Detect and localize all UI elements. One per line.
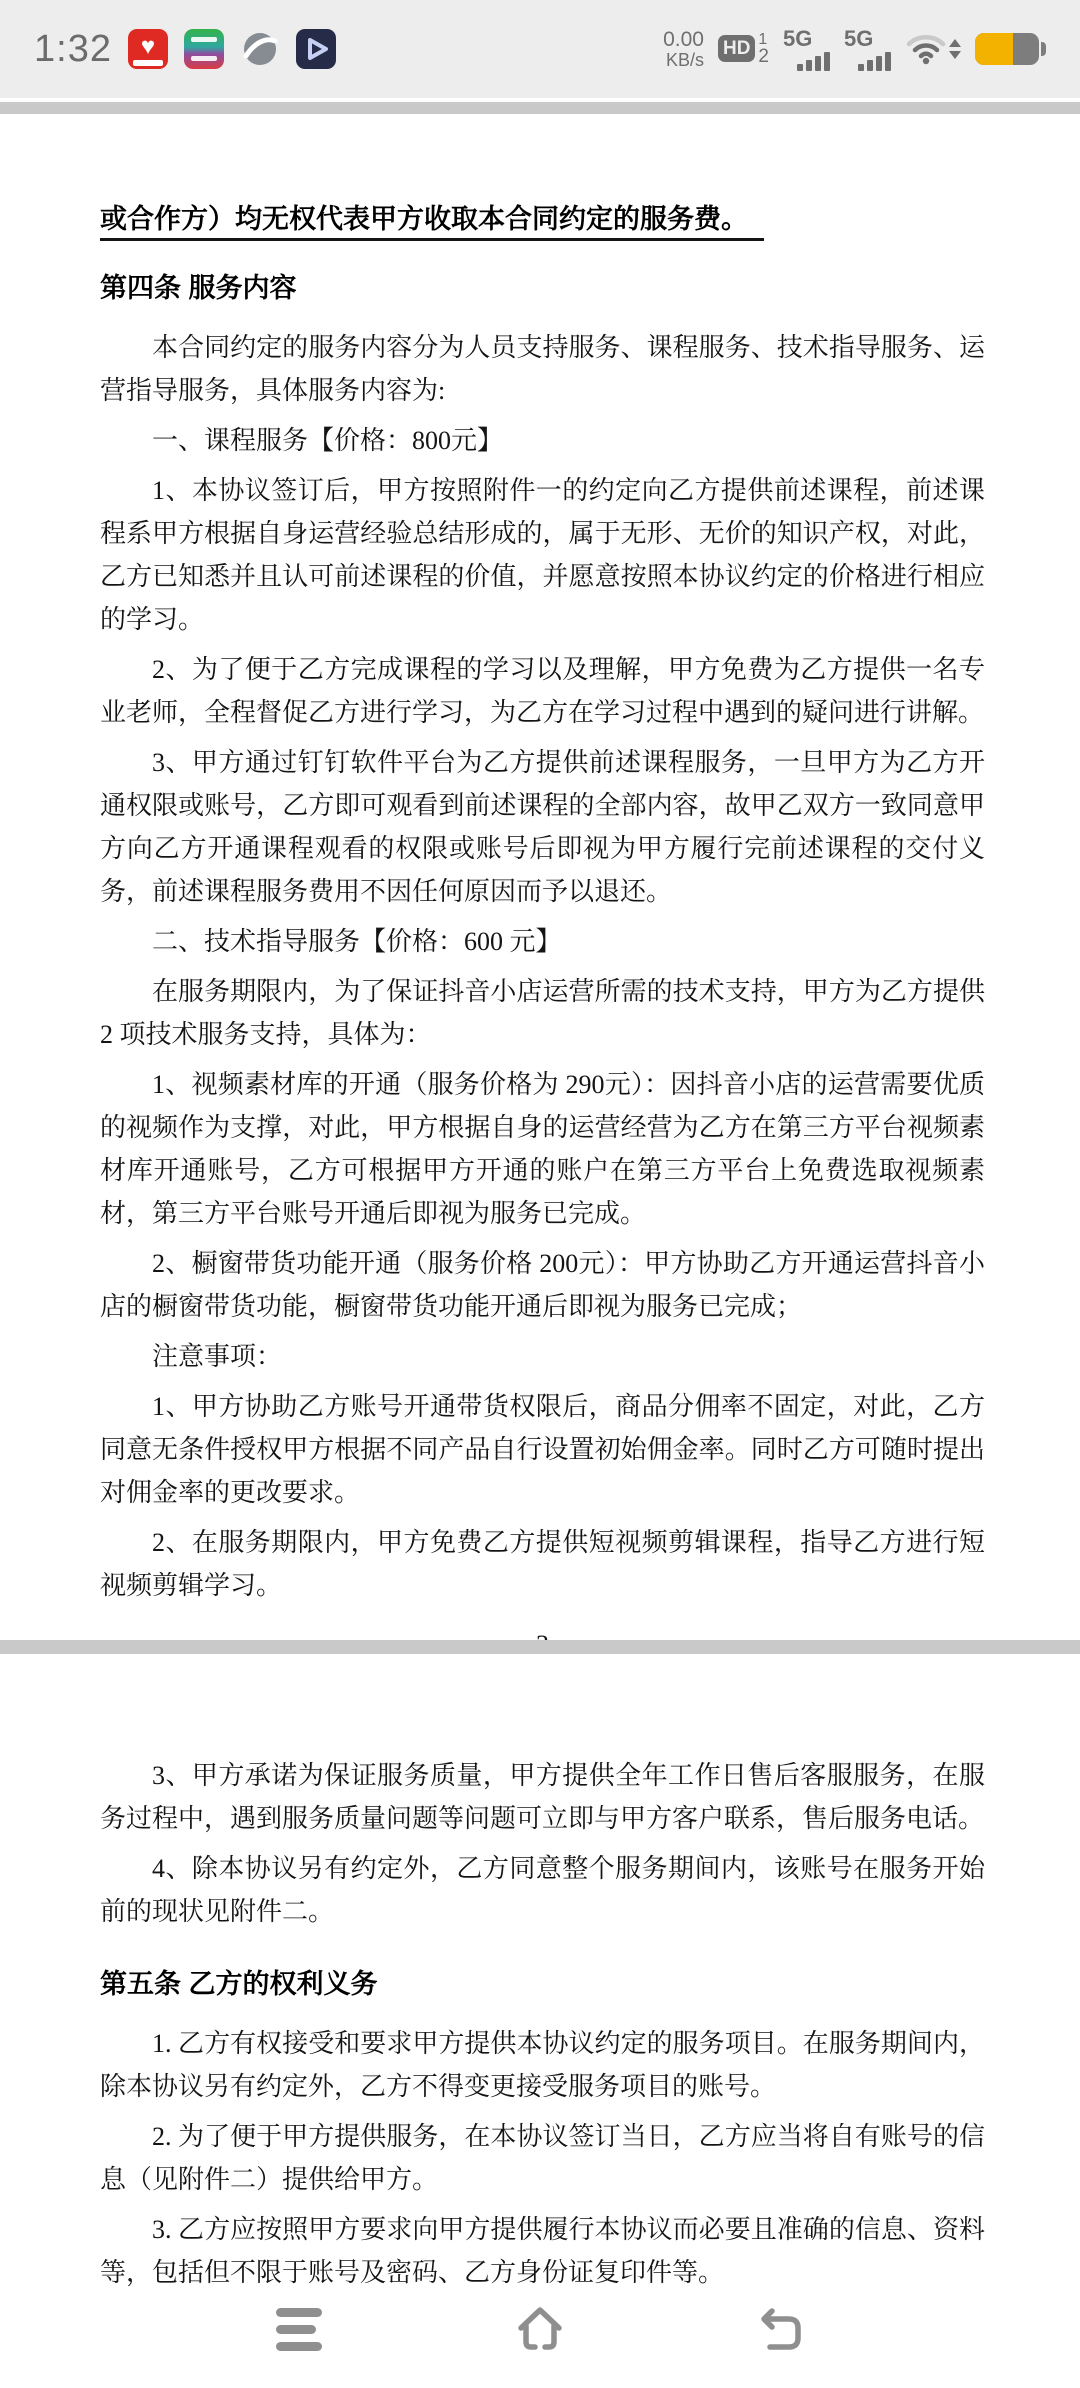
- cellular-signal-sim1: 5G: [783, 28, 830, 71]
- page-separator: [0, 1640, 1080, 1654]
- paragraph: 1、视频素材库的开通（服务价格为 290元）：因抖音小店的运营需要优质的视频作为…: [100, 1063, 985, 1235]
- article-4-heading: 第四条 服务内容: [100, 267, 985, 310]
- article-5-heading: 第五条 乙方的权利义务: [100, 1963, 985, 2006]
- icon-band: [133, 60, 163, 66]
- back-icon: [755, 2305, 807, 2353]
- network-type-label: 5G: [844, 28, 873, 50]
- paragraph: 一、课程服务【价格：800元】: [100, 419, 985, 462]
- nav-buttons: [272, 2302, 808, 2356]
- network-speed-value: 0.00: [663, 29, 704, 51]
- heart-glyph: ♥: [141, 35, 155, 59]
- battery-nub: [1041, 42, 1046, 56]
- signal-bars-icon: [858, 52, 891, 71]
- network-speed: 0.00 KB/s: [663, 29, 704, 70]
- notification-app-icon-browser-globe: [240, 29, 280, 69]
- phone-screen: 1:32 ♥ 0.00 KB/: [0, 0, 1080, 2388]
- paragraph: 在服务期限内，为了保证抖音小店运营所需的技术支持，甲方为乙方提供 2 项技术服务…: [100, 970, 985, 1056]
- paragraph: 2、为了便于乙方完成课程的学习以及理解，甲方免费为乙方提供一名专业老师，全程督促…: [100, 648, 985, 734]
- cellular-signal-sim2: 5G: [844, 28, 891, 71]
- back-button[interactable]: [754, 2302, 808, 2356]
- network-speed-unit: KB/s: [663, 51, 704, 70]
- paragraph: 1. 乙方有权接受和要求甲方提供本协议约定的服务项目。在服务期间内，除本协议另有…: [100, 2022, 985, 2108]
- paragraph: 3、甲方承诺为保证服务质量，甲方提供全年工作日售后客服服务，在服务过程中，遇到服…: [100, 1754, 985, 1840]
- wifi-indicator: [905, 32, 961, 66]
- paragraph: 2、橱窗带货功能开通（服务价格 200元）：甲方协助乙方开通运营抖音小店的橱窗带…: [100, 1242, 985, 1328]
- battery-icon: [975, 33, 1039, 65]
- paragraph: 3. 乙方应按照甲方要求向甲方提供履行本协议而必要且准确的信息、资料等，包括但不…: [100, 2208, 985, 2294]
- recents-menu-button[interactable]: [272, 2302, 326, 2356]
- menu-icon: [276, 2308, 322, 2351]
- paragraph: 注意事项：: [100, 1335, 985, 1378]
- wifi-traffic-arrows-icon: [949, 39, 961, 59]
- paragraph: 2. 为了便于甲方提供服务，在本协议签订当日，乙方应当将自有账号的信息（见附件二…: [100, 2115, 985, 2201]
- underlined-clause-text: 或合作方）均无权代表甲方收取本合同约定的服务费。: [100, 198, 985, 241]
- volte-hd-indicator: HD 1 2: [718, 32, 769, 65]
- signal-bars-icon: [797, 52, 830, 71]
- paragraph: 二、技术指导服务【价格：600 元】: [100, 920, 985, 963]
- paragraph: 本合同约定的服务内容分为人员支持服务、课程服务、技术指导服务、运营指导服务，具体…: [100, 326, 985, 412]
- paragraph: 4、除本协议另有约定外，乙方同意整个服务期间内，该账号在服务开始前的现状见附件二…: [100, 1847, 985, 1933]
- notification-app-icon-healthcode: [184, 29, 224, 69]
- page-number: 3: [100, 1623, 985, 1640]
- wifi-icon: [905, 32, 947, 66]
- page-top-edge: [0, 102, 1080, 114]
- dual-sim-indicator: 1 2: [758, 32, 769, 65]
- status-right-group: 0.00 KB/s HD 1 2 5G 5G: [663, 28, 1046, 71]
- home-icon: [514, 2303, 566, 2355]
- network-type-label: 5G: [783, 28, 812, 50]
- notification-app-icon-play: [296, 29, 336, 69]
- battery-indicator: [975, 33, 1046, 65]
- android-navigation-bar: [0, 2290, 1080, 2388]
- status-left-group: 1:32 ♥: [34, 28, 336, 71]
- notification-app-icon-red: ♥: [128, 29, 168, 69]
- paragraph: 2、在服务期限内，甲方免费乙方提供短视频剪辑课程，指导乙方进行短视频剪辑学习。: [100, 1521, 985, 1607]
- hd-icon: HD: [718, 35, 755, 62]
- sim2-label: 2: [758, 48, 769, 66]
- document-page-1[interactable]: 或合作方）均无权代表甲方收取本合同约定的服务费。 第四条 服务内容 本合同约定的…: [0, 114, 1080, 1640]
- paragraph: 1、甲方协助乙方账号开通带货权限后，商品分佣率不固定，对此，乙方同意无条件授权甲…: [100, 1385, 985, 1514]
- home-button[interactable]: [513, 2302, 567, 2356]
- status-bar: 1:32 ♥ 0.00 KB/: [0, 0, 1080, 98]
- clock: 1:32: [34, 28, 112, 71]
- document-page-2[interactable]: 3、甲方承诺为保证服务质量，甲方提供全年工作日售后客服服务，在服务过程中，遇到服…: [0, 1654, 1080, 2388]
- paragraph: 3、甲方通过钉钉软件平台为乙方提供前述课程服务，一旦甲方为乙方开通权限或账号，乙…: [100, 741, 985, 913]
- paragraph: 1、本协议签订后，甲方按照附件一的约定向乙方提供前述课程，前述课程系甲方根据自身…: [100, 469, 985, 641]
